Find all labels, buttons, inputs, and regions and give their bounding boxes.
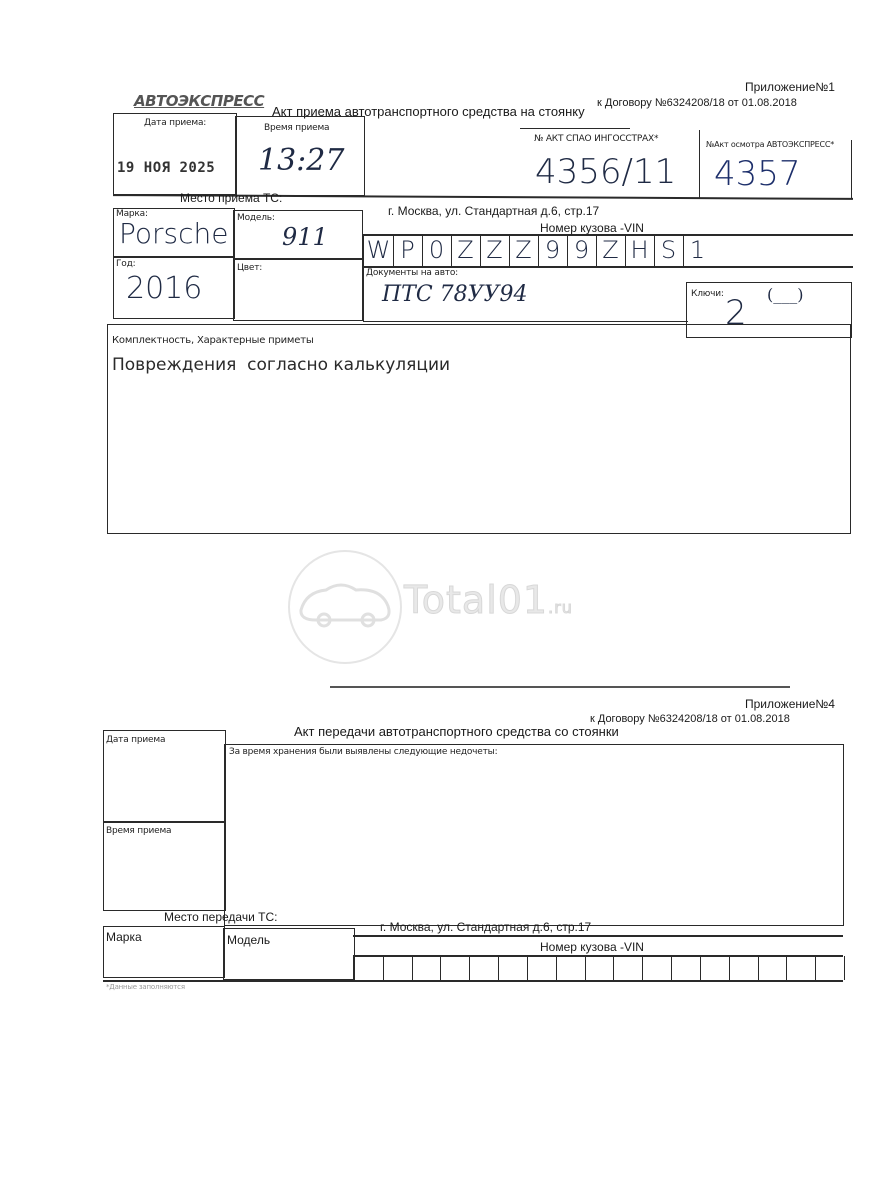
act-ingos-cell: № АКТ СПАО ИНГОССТРАХ* 4356/11 bbox=[510, 130, 700, 198]
cut-line bbox=[330, 686, 790, 688]
vin-char-cell: Z bbox=[509, 234, 539, 266]
defects-box: За время хранения были выявлены следующи… bbox=[224, 744, 844, 926]
vin-empty-cell bbox=[642, 956, 672, 980]
release-model-cell: Модель bbox=[223, 928, 355, 980]
act-autoexpress-cell: №Акт осмотра АВТОЭКСПРЕСС* 4357 bbox=[700, 140, 852, 198]
vin-empty-cell bbox=[585, 956, 615, 980]
release-brand-label: Марка bbox=[106, 930, 142, 944]
vin-char-cell: S bbox=[654, 234, 684, 266]
vin-empty-cell bbox=[613, 956, 643, 980]
vin-empty-cell bbox=[729, 956, 759, 980]
vin-empty-cell bbox=[469, 956, 499, 980]
release-place-label: Место передачи ТС: bbox=[164, 910, 277, 924]
vin-char-cell: H bbox=[625, 234, 655, 266]
form-title-release: Акт передачи автотранспортного средства … bbox=[294, 724, 619, 739]
brand-value: Porsche bbox=[119, 217, 228, 250]
vin-char-cell: 0 bbox=[422, 234, 452, 266]
act-autoexpress-value: 4357 bbox=[714, 154, 801, 194]
vin-empty-cell bbox=[815, 956, 845, 980]
model-label: Модель: bbox=[237, 213, 275, 223]
act-autoexpress-label: №Акт осмотра АВТОЭКСПРЕСС* bbox=[706, 140, 834, 149]
vin-grid: WP0ZZZ99ZHS1 bbox=[363, 234, 854, 266]
completeness-box: Комплектность, Характерные приметы Повре… bbox=[107, 324, 851, 534]
keys-label: Ключи: bbox=[691, 289, 724, 299]
place-label: Место приема ТС: bbox=[180, 191, 282, 205]
footnote: *Данные заполняются bbox=[106, 983, 185, 991]
vin-empty-cell bbox=[700, 956, 730, 980]
defects-label: За время хранения были выявлены следующи… bbox=[229, 747, 497, 757]
watermark-text: Total01.ru bbox=[404, 578, 573, 622]
docs-value: ПТС 78УУ94 bbox=[382, 282, 527, 307]
watermark-suffix: .ru bbox=[548, 598, 573, 617]
model-value: 911 bbox=[282, 223, 328, 251]
color-label: Цвет: bbox=[237, 263, 262, 273]
date-stamp: 19 НОЯ 2025 bbox=[117, 160, 215, 176]
date-cell: Дата приема: 19 НОЯ 2025 bbox=[113, 113, 237, 195]
place-value: г. Москва, ул. Стандартная д.6, стр.17 bbox=[388, 204, 599, 218]
release-date-cell: Дата приема bbox=[103, 730, 226, 823]
vin-char-cell: Z bbox=[480, 234, 510, 266]
vin-empty-cell bbox=[556, 956, 586, 980]
completeness-value: Повреждения согласно калькуляции bbox=[112, 355, 450, 375]
act-ingos-label: № АКТ СПАО ИНГОССТРАХ* bbox=[534, 134, 658, 144]
vin-char-cell: 1 bbox=[683, 234, 712, 266]
release-bottom-line bbox=[103, 980, 843, 982]
vin-char-cell: 9 bbox=[538, 234, 568, 266]
contract-ref-4: к Договору №6324208/18 от 01.08.2018 bbox=[590, 713, 790, 725]
time-cell: Время приема 13:27 bbox=[235, 116, 365, 196]
appendix-4: Приложение№4 bbox=[745, 697, 835, 711]
release-vin-top bbox=[353, 935, 843, 937]
vin-char-cell: Z bbox=[596, 234, 626, 266]
release-brand-cell: Марка bbox=[103, 926, 225, 978]
autoexpress-logo: АВТОЭКСПРЕСС bbox=[134, 92, 264, 110]
year-label: Год: bbox=[116, 259, 135, 269]
vin-char-cell: 9 bbox=[567, 234, 597, 266]
vin-empty-cell bbox=[354, 956, 384, 980]
time-value: 13:27 bbox=[258, 143, 344, 178]
year-value: 2016 bbox=[126, 271, 202, 306]
vin-empty-cell bbox=[758, 956, 788, 980]
vin-empty-cell bbox=[383, 956, 413, 980]
car-icon bbox=[296, 580, 396, 630]
release-date-label: Дата приема bbox=[106, 735, 165, 745]
watermark: Total01.ru bbox=[288, 550, 608, 670]
vin-empty-cell bbox=[671, 956, 701, 980]
docs-label: Документы на авто: bbox=[366, 268, 458, 278]
release-model-label: Модель bbox=[227, 933, 270, 947]
vin-empty-cell bbox=[527, 956, 557, 980]
model-cell: Модель: 911 bbox=[233, 210, 363, 260]
time-label: Время приема bbox=[264, 123, 329, 133]
vin-char-cell: W bbox=[364, 234, 394, 266]
vin-char-cell: P bbox=[393, 234, 423, 266]
date-label: Дата приема: bbox=[144, 118, 206, 128]
watermark-brand: Total01 bbox=[404, 578, 548, 622]
release-time-cell: Время приема bbox=[103, 821, 226, 911]
vin-empty-cell bbox=[440, 956, 470, 980]
vin-empty-cell bbox=[498, 956, 528, 980]
release-place-value: г. Москва, ул. Стандартная д.6, стр.17 bbox=[380, 920, 591, 934]
appendix-1: Приложение№1 bbox=[745, 80, 835, 94]
title-underline bbox=[520, 128, 630, 129]
act-ingos-value: 4356/11 bbox=[535, 152, 676, 192]
vin-char-cell: Z bbox=[451, 234, 481, 266]
vin-empty-cell bbox=[412, 956, 442, 980]
color-cell: Цвет: bbox=[233, 258, 363, 321]
release-vin-label: Номер кузова -VIN bbox=[540, 940, 644, 954]
release-time-label: Время приема bbox=[106, 826, 171, 836]
docs-cell: Документы на авто: ПТС 78УУ94 bbox=[363, 266, 688, 322]
completeness-label: Комплектность, Характерные приметы bbox=[112, 335, 314, 346]
year-cell: Год: 2016 bbox=[113, 256, 235, 319]
release-vin-grid bbox=[353, 956, 844, 982]
vin-empty-cell bbox=[786, 956, 816, 980]
brand-cell: Марка: Porsche bbox=[113, 208, 235, 258]
vin-label: Номер кузова -VIN bbox=[540, 221, 644, 235]
keys-extra: (___) bbox=[767, 285, 803, 304]
contract-ref-1: к Договору №6324208/18 от 01.08.2018 bbox=[597, 97, 797, 109]
